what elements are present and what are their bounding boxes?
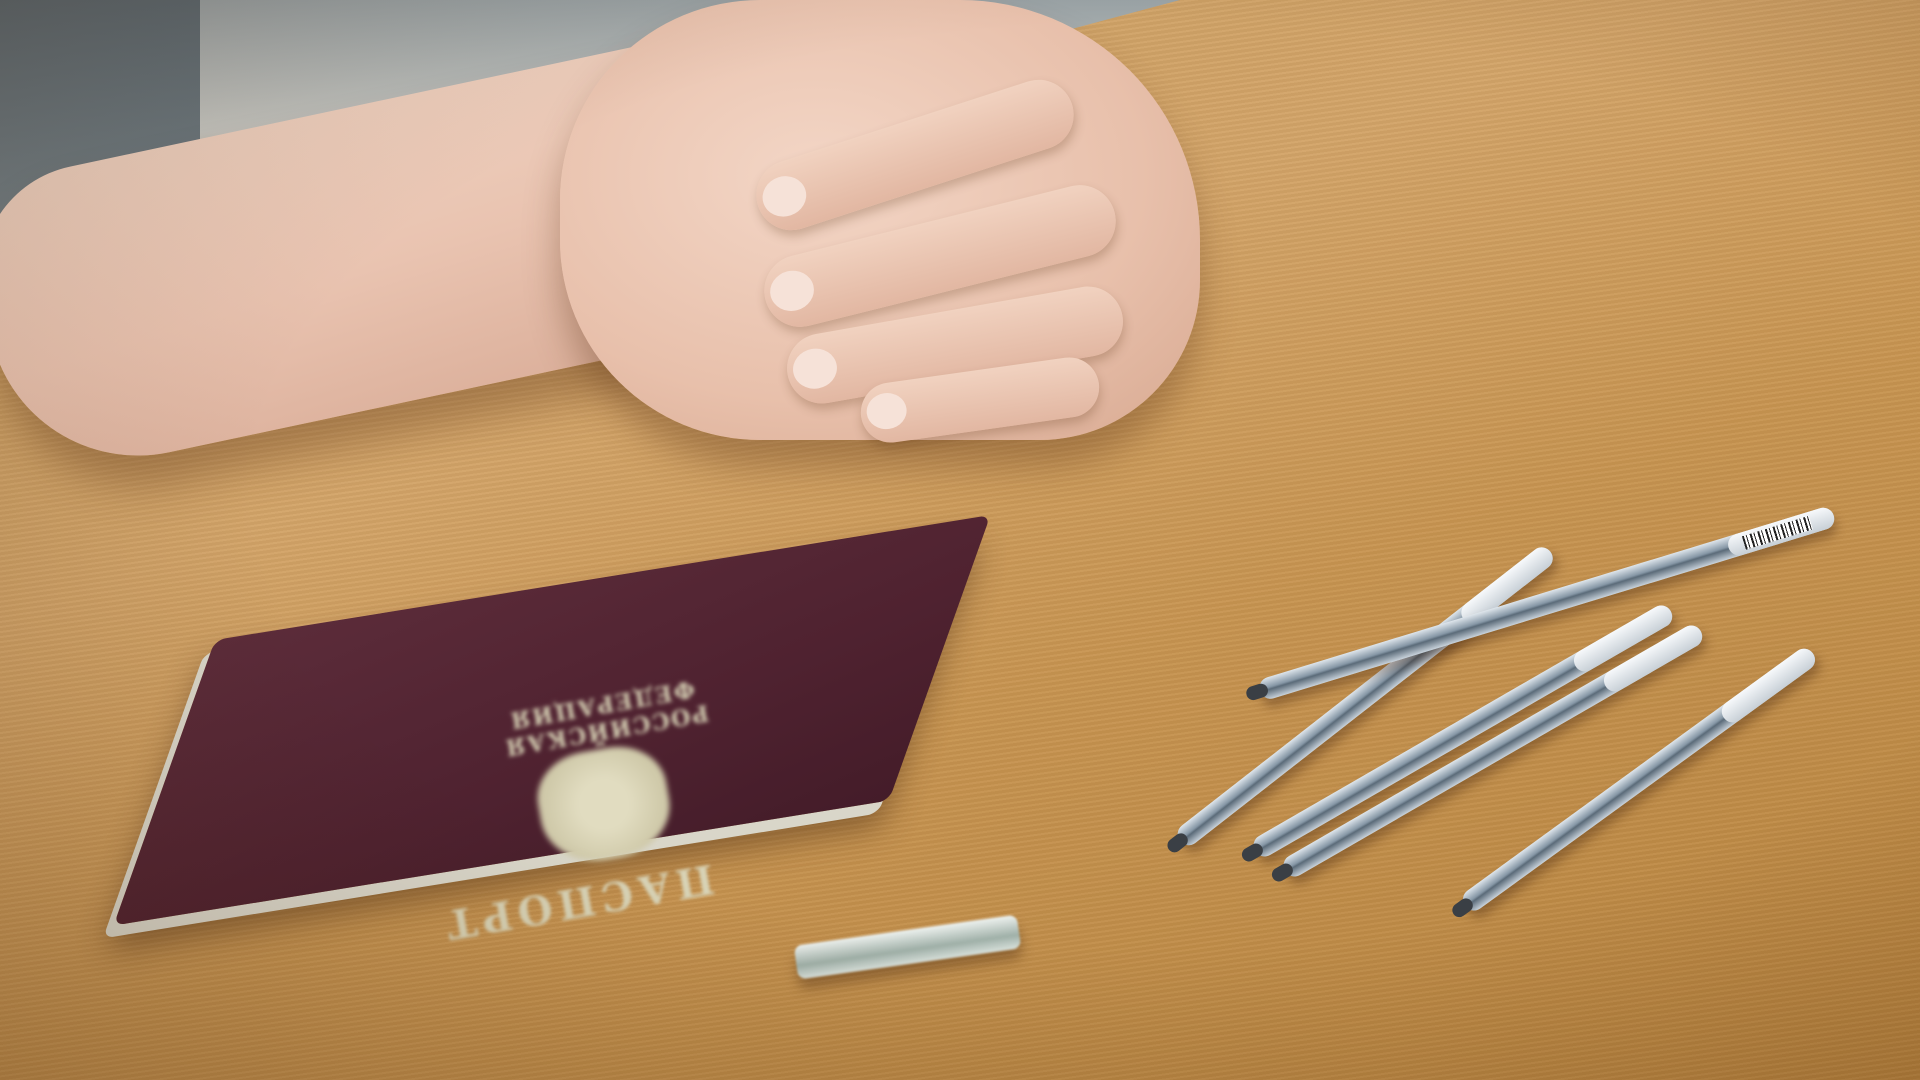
pen-tip [1165, 831, 1191, 856]
pen-cap [1717, 644, 1819, 726]
pen-tip [1450, 896, 1476, 920]
clasped-hands [560, 0, 1200, 440]
gel-pen [1459, 644, 1820, 915]
pen-tip [1239, 841, 1265, 864]
fingernail [757, 171, 811, 223]
pen-tip [1245, 682, 1270, 702]
pen-tip [1269, 861, 1295, 884]
photo-scene: ПАСПОРТ РОССИЙСКАЯ ФЕДЕРАЦИЯ [0, 0, 1920, 1080]
passport-title: ПАСПОРТ [437, 855, 718, 949]
fingernail [790, 345, 840, 392]
fingernail [864, 390, 909, 431]
double-headed-eagle-icon [530, 739, 677, 870]
fingernail [766, 266, 818, 315]
